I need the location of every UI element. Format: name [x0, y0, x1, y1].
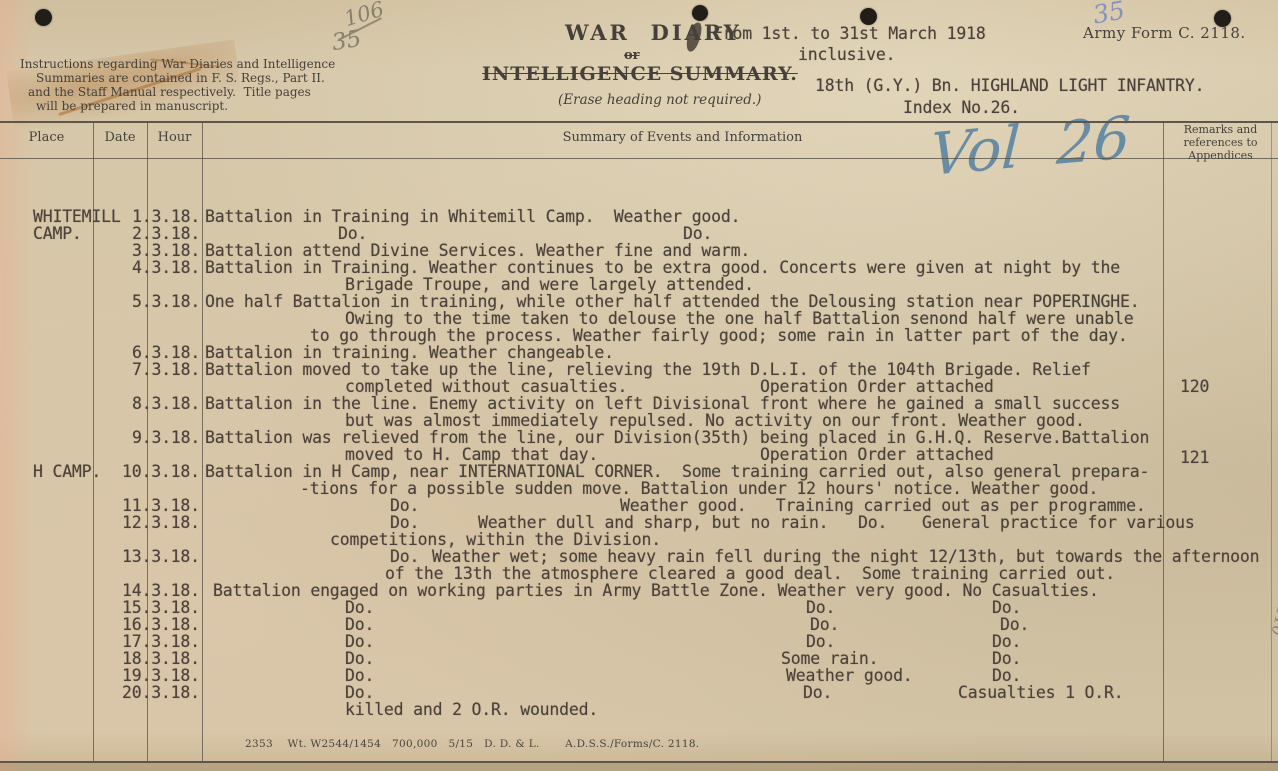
diary-text-segment: Do. [992, 650, 1021, 667]
diary-text-segment: of the 13th the atmosphere cleared a goo… [385, 565, 1115, 582]
diary-text-segment: Do. [390, 497, 419, 514]
diary-text-segment: 1.3.18. [132, 208, 200, 225]
war-diary-document-page: Instructions regarding War Diaries and I… [0, 0, 1278, 771]
form-or-label: or [624, 48, 640, 63]
diary-text-segment: 6.3.18. [132, 344, 200, 361]
diary-text-segment: 15.3.18. [122, 599, 200, 616]
bottom-edge-shade [0, 763, 1278, 771]
diary-text-segment: CAMP. [33, 225, 82, 242]
diary-text-segment: 14.3.18. [122, 582, 200, 599]
diary-text-segment: 2.3.18. [132, 225, 200, 242]
erase-note: (Erase heading not required.) [558, 92, 761, 108]
diary-text-segment: 5.3.18. [132, 293, 200, 310]
diary-text-segment: Battalion was relieved from the line, ou… [205, 429, 1149, 446]
diary-text-segment: 4.3.18. [132, 259, 200, 276]
hole-punch [35, 9, 52, 26]
diary-text-segment: 10.3.18. [122, 463, 200, 480]
diary-text-segment: 11.3.18. [122, 497, 200, 514]
diary-text-segment: 13.3.18. [122, 548, 200, 565]
diary-text-segment: Do. [1000, 616, 1029, 633]
column-header-date: Date [93, 130, 147, 145]
hole-punch [860, 8, 877, 25]
diary-text-segment: competitions, within the Division. [330, 531, 661, 548]
diary-text-segment: 17.3.18. [122, 633, 200, 650]
column-header-remarks-line: Appendices [1163, 149, 1278, 162]
diary-text-segment: Weather dull and sharp, but no rain. [478, 514, 828, 531]
pencil-ref-numerator: 106 [341, 0, 386, 31]
diary-text-segment: Battalion moved to take up the line, rel… [205, 361, 1091, 378]
diary-text-segment: Do. [806, 633, 835, 650]
diary-text-segment: One half Battalion in training, while ot… [205, 293, 1139, 310]
diary-text-segment: 18.3.18. [122, 650, 200, 667]
diary-text-segment: Do. [345, 684, 374, 701]
diary-text-segment: Weather good. Training carried out as pe… [620, 497, 1146, 514]
diary-text-segment: Operation Order attached [760, 446, 994, 463]
diary-text-segment: killed and 2 O.R. wounded. [345, 701, 598, 718]
diary-text-segment: Do. [810, 616, 839, 633]
diary-text-segment: Owing to the time taken to delouse the o… [345, 310, 1133, 327]
diary-text-segment: to go through the process. Weather fairl… [310, 327, 1128, 344]
diary-text-segment: Battalion in H Camp, near INTERNATIONAL … [205, 463, 1149, 480]
diary-text-segment: Do. [992, 633, 1021, 650]
diary-text-segment: Weather wet; some heavy rain fell during… [432, 548, 1259, 565]
diary-text-segment: 12.3.18. [122, 514, 200, 531]
inclusive-field: inclusive. [798, 46, 895, 63]
column-header-hour: Hour [147, 130, 202, 145]
diary-text-segment: Some rain. [781, 650, 878, 667]
right-edge-line [1271, 121, 1272, 761]
instructions-line: and the Staff Manual respectively. Title… [28, 85, 311, 99]
diary-text-segment: Do. [858, 514, 887, 531]
remarks-reference-number: 121 [1180, 449, 1209, 466]
column-header-place: Place [0, 130, 93, 145]
diary-text-segment: 19.3.18. [122, 667, 200, 684]
column-header-remarks-line: Remarks and [1163, 123, 1278, 136]
hole-punch [692, 5, 708, 21]
column-header-remarks: Remarks andreferences toAppendices [1163, 123, 1278, 162]
diary-text-segment: 16.3.18. [122, 616, 200, 633]
diary-text-segment: Do. [992, 599, 1021, 616]
column-header-summary: Summary of Events and Information [202, 130, 1163, 145]
diary-text-segment: 8.3.18. [132, 395, 200, 412]
diary-text-segment: Do. [345, 667, 374, 684]
instructions-line: will be prepared in manuscript. [36, 99, 228, 113]
diary-text-segment: General practice for various [922, 514, 1195, 531]
diary-text-segment: Do. [345, 633, 374, 650]
diary-text-segment: Battalion engaged on working parties in … [213, 582, 1099, 599]
diary-text-segment: Do. [992, 667, 1021, 684]
diary-text-segment: Do. [683, 225, 712, 242]
diary-text-segment: Do. [390, 514, 419, 531]
instructions-line: Summaries are contained in F. S. Regs., … [36, 71, 325, 85]
diary-text-segment: Do. [806, 599, 835, 616]
diary-text-segment: 9.3.18. [132, 429, 200, 446]
diary-text-segment: Battalion in Training. Weather continues… [205, 259, 1120, 276]
diary-text-segment: Do. [338, 225, 367, 242]
column-divider-summary-remarks [1163, 121, 1164, 761]
diary-text-segment: Operation Order attached [760, 378, 994, 395]
column-divider-hour-summary [202, 121, 203, 761]
printers-imprint: 2353 Wt. W2544/1454 700,000 5/15 D. D. &… [245, 738, 699, 750]
diary-text-segment: 7.3.18. [132, 361, 200, 378]
diary-text-segment: Weather good. [786, 667, 913, 684]
diary-text-segment: Do. [345, 650, 374, 667]
unit-field: 18th (G.Y.) Bn. HIGHLAND LIGHT INFANTRY. [815, 77, 1204, 94]
diary-text-segment: 3.3.18. [132, 242, 200, 259]
table-bottom-border [0, 761, 1278, 763]
diary-text-segment: Do. [390, 548, 419, 565]
table-top-border [0, 121, 1278, 123]
table-header-bottom-border [0, 158, 1278, 159]
remarks-reference-number: 120 [1180, 378, 1209, 395]
diary-text-segment: Do. [803, 684, 832, 701]
column-header-remarks-line: references to [1163, 136, 1278, 149]
diary-text-segment: -tions for a possible sudden move. Batta… [300, 480, 1098, 497]
diary-text-segment: Battalion in training. Weather changeabl… [205, 344, 614, 361]
diary-text-segment: moved to H. Camp that day. [345, 446, 598, 463]
diary-text-segment: Battalion in Training in Whitemill Camp.… [205, 208, 740, 225]
diary-text-segment: but was almost immediately repulsed. No … [345, 412, 1085, 429]
diary-text-segment: H CAMP. [33, 463, 101, 480]
date-range-field: From 1st. to 31st March 1918 [713, 25, 986, 42]
diary-text-segment: WHITEMILL [33, 208, 121, 225]
instructions-line: Instructions regarding War Diaries and I… [20, 57, 335, 71]
diary-text-segment: Battalion attend Divine Services. Weathe… [205, 242, 750, 259]
diary-text-segment: Do. [345, 599, 374, 616]
diary-text-segment: Casualties 1 O.R. [958, 684, 1123, 701]
diary-text-segment: Brigade Troupe, and were largely attende… [345, 276, 754, 293]
diary-text-segment: 20.3.18. [122, 684, 200, 701]
form-alt-title: INTELLIGENCE SUMMARY. [482, 63, 798, 85]
diary-text-segment: completed without casualties. [345, 378, 627, 395]
pencil-ref-denominator: 35 [330, 26, 363, 56]
diary-text-segment: Do. [345, 616, 374, 633]
diary-text-segment: Battalion in the line. Enemy activity on… [205, 395, 1120, 412]
